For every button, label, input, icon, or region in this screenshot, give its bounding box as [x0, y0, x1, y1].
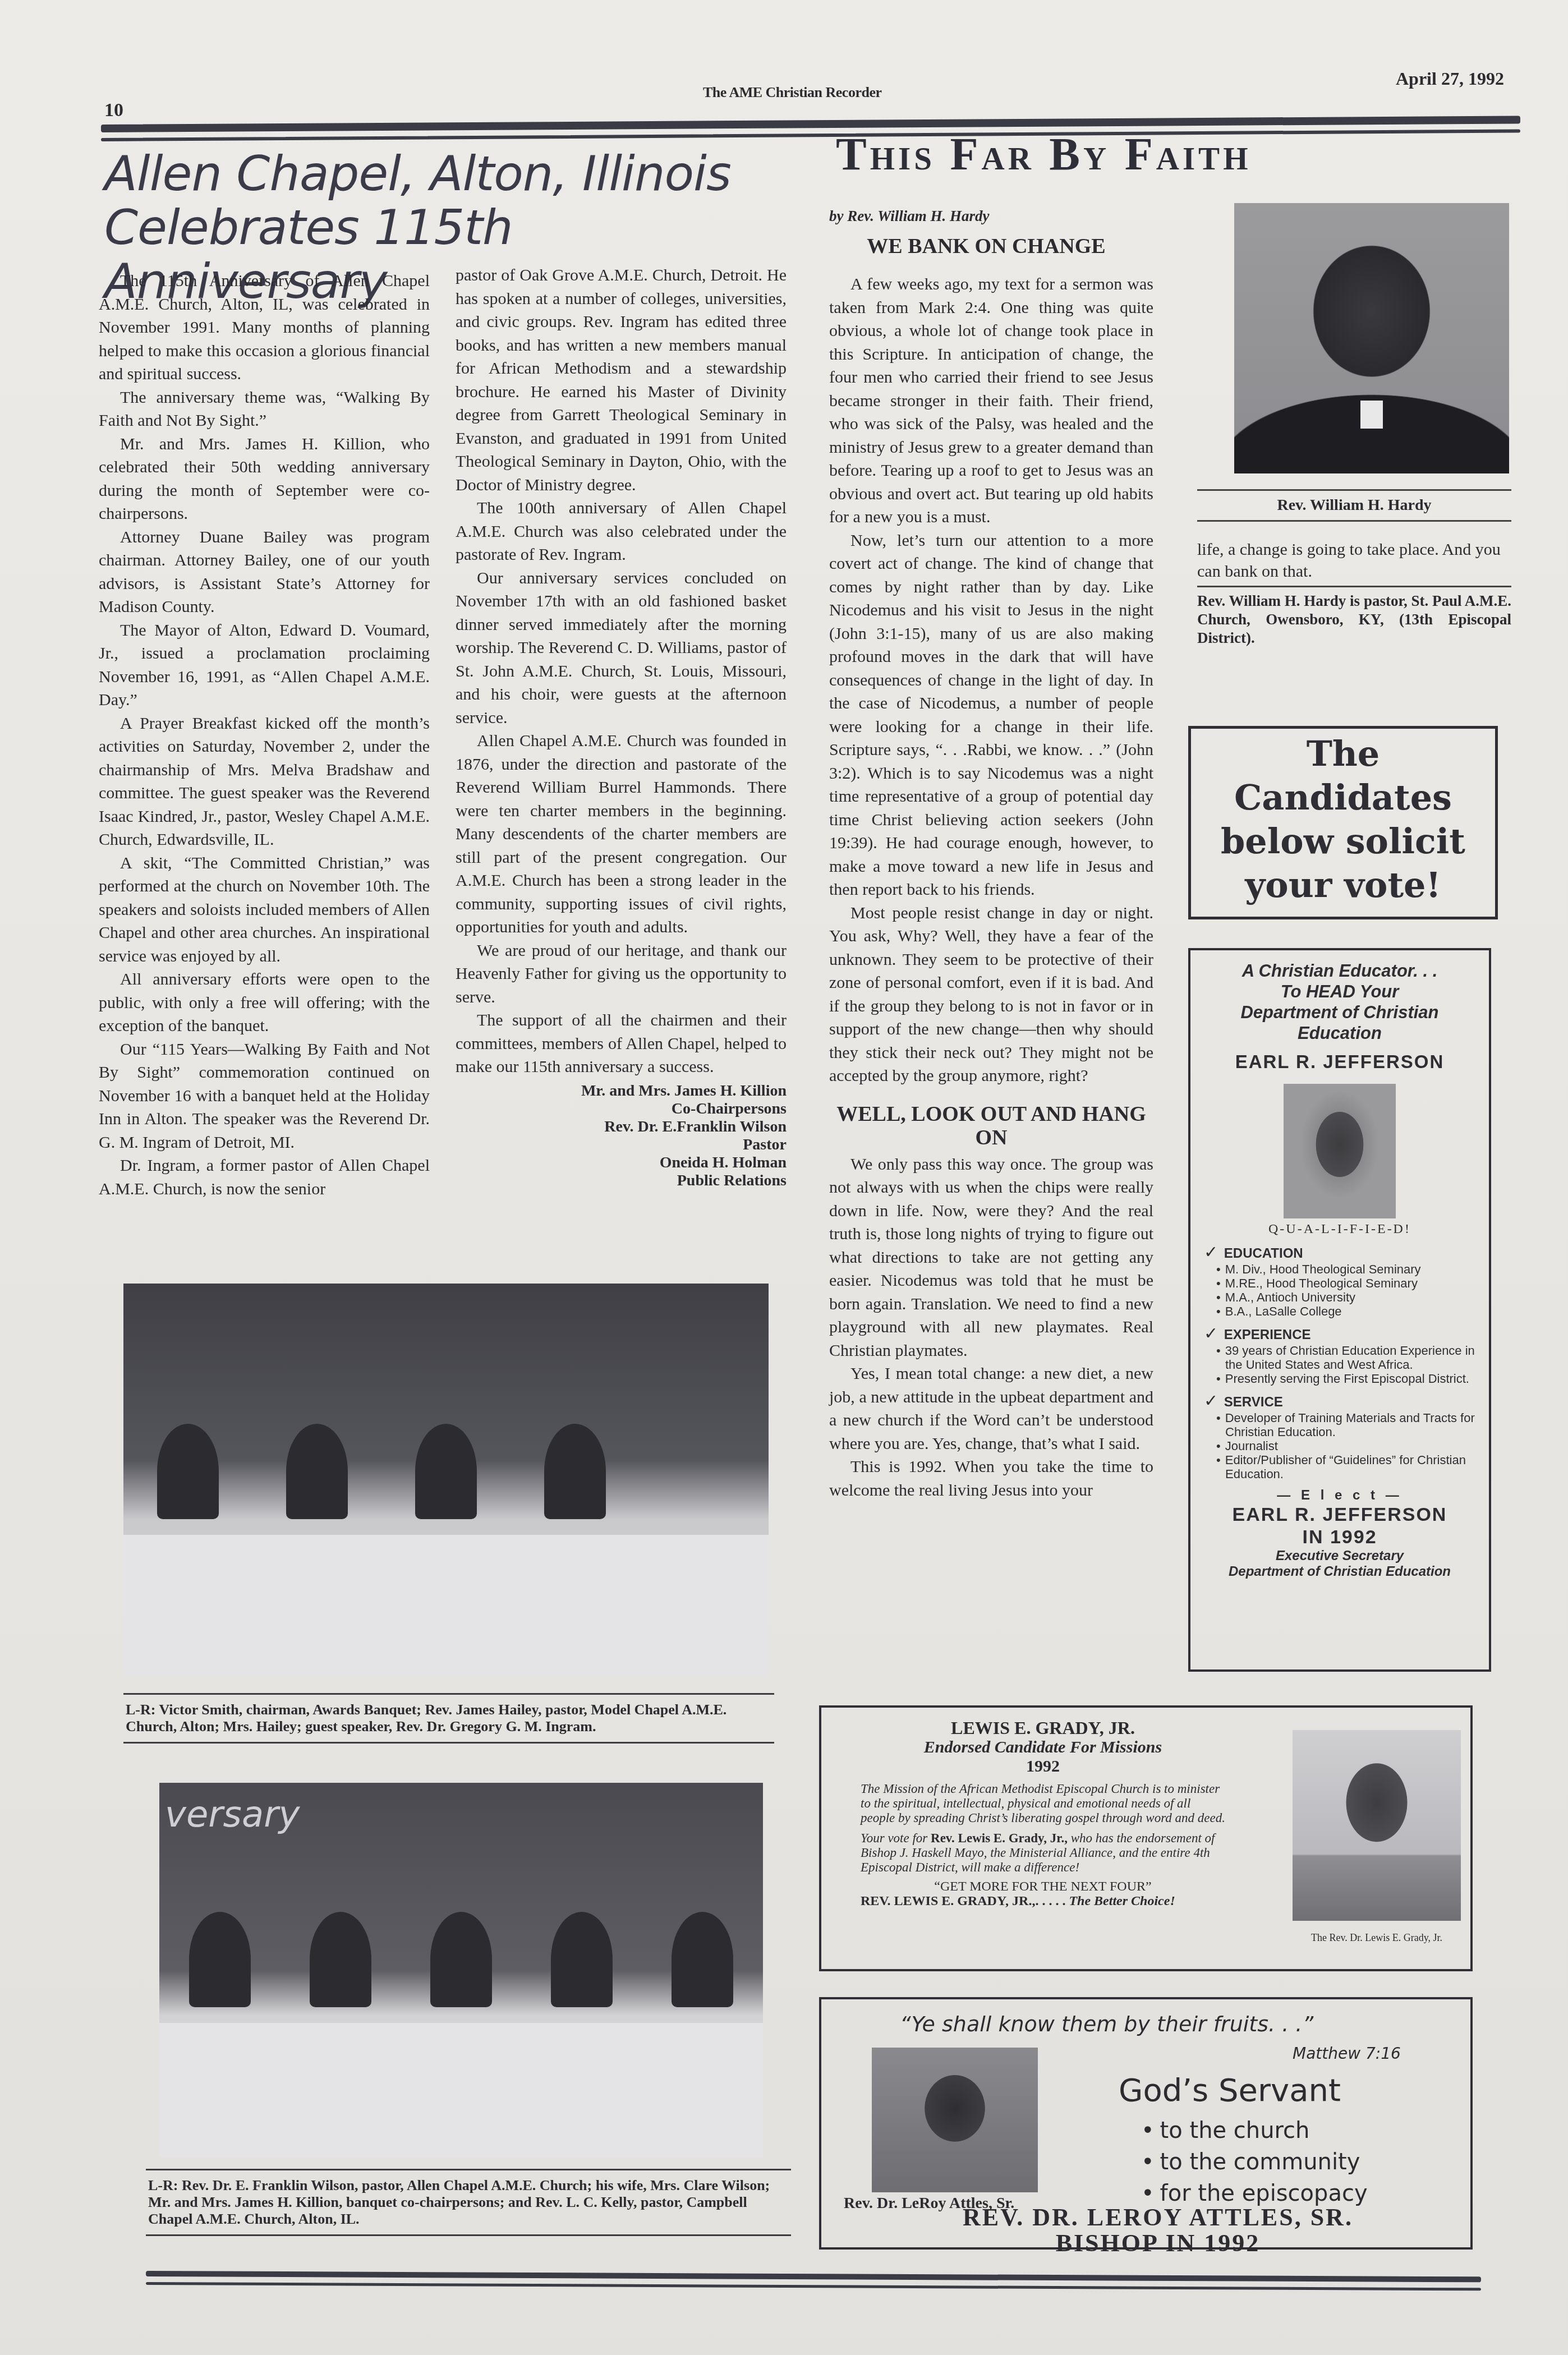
list-item: M. Div., Hood Theological Seminary	[1225, 1262, 1475, 1276]
article-paragraph: Allen Chapel A.M.E. Church was founded i…	[456, 729, 787, 939]
clerical-collar	[1360, 401, 1383, 429]
candidate-name: REV. DR. LEROY ATTLES, SR.	[905, 2205, 1410, 2230]
article-paragraph: The 100th anniversary of Allen Chapel A.…	[456, 496, 787, 567]
candidate-role: Endorsed Candidate For Missions	[861, 1738, 1225, 1757]
photo-tablecloth	[123, 1535, 769, 1676]
closing-tag: The Better Choice!	[1069, 1894, 1175, 1908]
candidate-year: 1992	[861, 1757, 1225, 1776]
footer-rule-thick	[146, 2271, 1481, 2282]
service-list: Developer of Training Materials and Trac…	[1204, 1411, 1475, 1481]
faith-column-body: A few weeks ago, my text for a sermon wa…	[829, 273, 1153, 1502]
article-paragraph: All anniversary efforts were open to the…	[99, 968, 430, 1038]
signoff-line: Co-Chairpersons	[456, 1100, 787, 1118]
article-paragraph: Dr. Ingram, a former pastor of Allen Cha…	[99, 1154, 430, 1201]
vote-name: Rev. Lewis E. Grady, Jr.,	[931, 1831, 1068, 1845]
list-item: M.RE., Hood Theological Seminary	[1225, 1276, 1475, 1290]
photo-figure	[672, 1912, 733, 2007]
list-item: M.A., Antioch University	[1225, 1290, 1475, 1304]
education-list: M. Div., Hood Theological Seminary M.RE.…	[1204, 1262, 1475, 1318]
qualified-label: Q-U-A-L-I-F-I-E-D!	[1204, 1222, 1475, 1237]
section-title: EXPERIENCE	[1224, 1327, 1311, 1342]
checkmark-icon: ✓	[1204, 1324, 1218, 1343]
grady-campaign-ad: LEWIS E. GRADY, JR. Endorsed Candidate F…	[819, 1705, 1473, 1971]
photo-figure	[189, 1912, 251, 2007]
mission-statement: The Mission of the African Methodist Epi…	[861, 1782, 1225, 1825]
photo-figure	[430, 1912, 492, 2007]
candidate-name: EARL R. JEFFERSON	[1204, 1051, 1475, 1073]
grady-ad-text: LEWIS E. GRADY, JR. Endorsed Candidate F…	[861, 1718, 1225, 1908]
scripture-quote: “Ye shall know them by their fruits. . .…	[900, 2012, 1313, 2036]
allen-article-column-1: The 115th Anniversary of Allen Chapel A.…	[99, 269, 430, 1201]
faith-subhead-2: Well, Look Out And Hang On	[829, 1102, 1153, 1149]
tagline-line: Department of Christian	[1204, 1002, 1475, 1023]
allen-article-column-2: pastor of Oak Grove A.M.E. Church, Detro…	[456, 264, 787, 1190]
column-paragraph: A few weeks ago, my text for a sermon wa…	[829, 273, 1153, 529]
vote-pre: Your vote for	[861, 1831, 927, 1845]
section-title: SERVICE	[1224, 1395, 1283, 1410]
experience-list: 39 years of Christian Education Experien…	[1204, 1344, 1475, 1386]
photo-figure	[415, 1424, 477, 1519]
elect-title-2: Department of Christian Education	[1204, 1564, 1475, 1580]
vote-box-line: your vote!	[1191, 863, 1495, 907]
candidates-solicit-vote-box: The Candidates below solicit your vote!	[1188, 726, 1498, 919]
jefferson-headshot	[1284, 1084, 1396, 1218]
elect-name: EARL R. JEFFERSON	[1204, 1503, 1475, 1526]
grady-portrait	[1293, 1730, 1461, 1921]
jefferson-campaign-ad: A Christian Educator. . . To HEAD Your D…	[1188, 948, 1491, 1672]
vote-box-line: Candidates	[1191, 776, 1495, 820]
hardy-photo-caption: Rev. William H. Hardy	[1197, 489, 1511, 522]
closing-name: REV. LEWIS E. GRADY, JR.,. . . . .	[861, 1894, 1065, 1908]
signoff-line: Oneida H. Holman	[456, 1154, 787, 1172]
faith-subhead-1: We Bank On Change	[829, 234, 1143, 258]
article-paragraph: A skit, “The Committed Christian,” was p…	[99, 852, 430, 968]
grady-portrait-caption: The Rev. Dr. Lewis E. Grady, Jr.	[1293, 1932, 1461, 1944]
ad-tagline: A Christian Educator. . . To HEAD Your D…	[1204, 960, 1475, 1043]
publication-name: The AME Christian Recorder	[703, 84, 881, 101]
photo-figure	[310, 1912, 371, 2007]
author-bio: Rev. William H. Hardy is pastor, St. Pau…	[1197, 586, 1511, 647]
attles-portrait	[872, 2048, 1038, 2192]
column-paragraph: This is 1992. When you take the time to …	[829, 1455, 1153, 1502]
list-item: Editor/Publisher of “Guidelines” for Chr…	[1225, 1453, 1475, 1481]
list-item: Presently serving the First Episcopal Di…	[1225, 1372, 1475, 1386]
candidate-office: BISHOP IN 1992	[905, 2230, 1410, 2256]
page-number: 10	[104, 100, 123, 121]
column-paragraph: We only pass this way once. The group wa…	[829, 1153, 1153, 1363]
column-paragraph: Yes, I mean total change: a new diet, a …	[829, 1362, 1153, 1455]
article-paragraph: The Mayor of Alton, Edward D. Voumard, J…	[99, 619, 430, 712]
elect-title-1: Executive Secretary	[1204, 1548, 1475, 1564]
hardy-portrait	[1234, 203, 1509, 473]
tagline-line: To HEAD Your	[1204, 981, 1475, 1002]
article-paragraph: Mr. and Mrs. James H. Killion, who celeb…	[99, 433, 430, 526]
checkmark-icon: ✓	[1204, 1392, 1218, 1410]
photo-tablecloth	[159, 2023, 763, 2158]
elect-year: IN 1992	[1204, 1526, 1475, 1548]
signoff-line: Mr. and Mrs. James H. Killion	[456, 1082, 787, 1100]
list-item: to the church	[1141, 2115, 1368, 2146]
vote-box-line: below solicit	[1191, 820, 1495, 863]
scripture-reference: Matthew 7:16	[1293, 2044, 1401, 2063]
photo-figures	[159, 1912, 763, 2007]
candidate-name: LEWIS E. GRADY, JR.	[861, 1718, 1225, 1738]
servant-points: to the church to the community for the e…	[1141, 2115, 1368, 2209]
article-paragraph: The 115th Anniversary of Allen Chapel A.…	[99, 269, 430, 386]
checkmark-icon: ✓	[1204, 1243, 1218, 1262]
elect-label: — E l e c t —	[1204, 1488, 1475, 1503]
signoff-line: Rev. Dr. E.Franklin Wilson	[456, 1118, 787, 1136]
article-paragraph: A Prayer Breakfast kicked off the month’…	[99, 712, 430, 852]
article-paragraph: The anniversary theme was, “Walking By F…	[99, 386, 430, 433]
section-title: EDUCATION	[1224, 1246, 1303, 1261]
attles-candidacy: REV. DR. LEROY ATTLES, SR. BISHOP IN 199…	[905, 2205, 1410, 2256]
tagline-line: Education	[1204, 1023, 1475, 1043]
list-item: 39 years of Christian Education Experien…	[1225, 1344, 1475, 1372]
vote-box-line: The	[1191, 732, 1495, 776]
newspaper-page: 10 The AME Christian Recorder April 27, …	[0, 0, 1568, 2355]
column-paragraph: Now, let’s turn our attention to a more …	[829, 529, 1153, 901]
faith-column-continuation: life, a change is going to take place. A…	[1197, 539, 1511, 582]
signoff-line: Public Relations	[456, 1172, 787, 1190]
faith-column-headline: This Far By Faith	[836, 128, 1532, 181]
article-paragraph: pastor of Oak Grove A.M.E. Church, Detro…	[456, 264, 787, 496]
list-item: to the community	[1141, 2146, 1368, 2178]
article-signoff: Mr. and Mrs. James H. Killion Co-Chairpe…	[456, 1082, 787, 1190]
list-item: Journalist	[1225, 1439, 1475, 1453]
campaign-slogan: “GET MORE FOR THE NEXT FOUR”	[861, 1879, 1225, 1894]
headline-line-1: Allen Chapel, Alton, Illinois	[104, 147, 778, 201]
article-paragraph: Attorney Duane Bailey was program chairm…	[99, 526, 430, 619]
section-experience: ✓ EXPERIENCE	[1204, 1324, 1475, 1344]
article-paragraph: Our “115 Years—Walking By Faith and Not …	[99, 1038, 430, 1154]
banquet-photo-1	[123, 1284, 769, 1676]
photo-figure	[157, 1424, 219, 1519]
article-paragraph: We are proud of our heritage, and thank …	[456, 939, 787, 1009]
section-education: ✓ EDUCATION	[1204, 1243, 1475, 1262]
footer-rule-thin	[146, 2282, 1481, 2290]
list-item: B.A., LaSalle College	[1225, 1304, 1475, 1318]
list-item: Developer of Training Materials and Trac…	[1225, 1411, 1475, 1439]
banquet-photo-2: versary	[159, 1783, 763, 2158]
article-paragraph: The support of all the chairmen and thei…	[456, 1009, 787, 1079]
signoff-line: Pastor	[456, 1136, 787, 1154]
vote-statement: Your vote for Rev. Lewis E. Grady, Jr., …	[861, 1831, 1225, 1875]
column-paragraph: Most people resist change in day or nigh…	[829, 901, 1153, 1088]
attles-campaign-ad: “Ye shall know them by their fruits. . .…	[819, 1997, 1473, 2250]
tagline-line: A Christian Educator. . .	[1204, 960, 1475, 981]
closing-line: REV. LEWIS E. GRADY, JR.,. . . . . The B…	[861, 1894, 1225, 1908]
photo-figures	[123, 1424, 769, 1519]
issue-date: April 27, 1992	[1396, 68, 1504, 89]
photo-figure	[551, 1912, 613, 2007]
gods-servant-heading: God’s Servant	[1119, 2072, 1341, 2109]
faith-byline: by Rev. William H. Hardy	[829, 208, 989, 225]
section-service: ✓ SERVICE	[1204, 1391, 1475, 1411]
photo-figure	[544, 1424, 606, 1519]
anniversary-banner: versary	[165, 1794, 300, 1836]
photo-2-caption: L-R: Rev. Dr. E. Franklin Wilson, pastor…	[146, 2169, 791, 2236]
photo-1-caption: L-R: Victor Smith, chairman, Awards Banq…	[123, 1693, 774, 1744]
article-paragraph: Our anniversary services concluded on No…	[456, 567, 787, 730]
photo-figure	[286, 1424, 348, 1519]
